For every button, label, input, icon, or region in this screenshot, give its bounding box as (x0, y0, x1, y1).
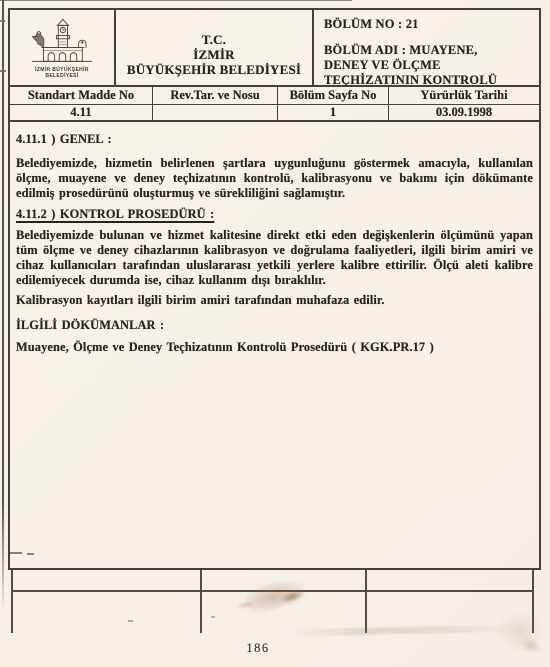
header-top-row: İZMİR BÜYÜKŞEHİR BELEDİYESİ T.C. İZMİR B… (10, 10, 539, 87)
scan-tick (0, 20, 5, 22)
scanned-document-page: İZMİR BÜYÜKŞEHİR BELEDİYESİ T.C. İZMİR B… (0, 0, 550, 667)
footer-table-vline (200, 570, 202, 633)
org-title-cell: T.C. İZMİR BÜYÜKŞEHİR BELEDİYESİ (116, 10, 314, 85)
section-name: BÖLÜM ADI : MUAYENE, DENEY VE ÖLÇME TEÇH… (324, 43, 533, 88)
meta-value-row: 4.11 1 03.09.1998 (10, 105, 539, 121)
document-body: 4.11.1 ) GENEL : Belediyemizde, hizmetin… (8, 122, 541, 570)
meta-col-rev-tar-ve-nosu: Rev.Tar. ve Nosu (153, 87, 278, 104)
page-number: 186 (236, 641, 280, 656)
org-title-tc: T.C. (202, 32, 226, 47)
section-name-line1: BÖLÜM ADI : MUAYENE, (324, 43, 533, 58)
meta-col-bolum-sayfa-no: Bölüm Sayfa No (278, 87, 389, 104)
logo-caption-line2: BELEDİYESİ (35, 73, 89, 79)
meta-header-row: Standart Madde No Rev.Tar. ve Nosu Bölüm… (10, 87, 539, 105)
org-title-city: İZMİR (193, 47, 234, 62)
scan-edge-top (0, 0, 352, 1)
ink-stain (496, 610, 544, 652)
heading-genel: 4.11.1 ) GENEL : (16, 132, 533, 147)
ink-stain (516, 634, 545, 656)
meta-col-standart-madde-no: Standart Madde No (10, 87, 153, 104)
section-name-line2: DENEY VE ÖLÇME (324, 58, 533, 73)
paragraph-genel: Belediyemizde, hizmetin belirlenen şartl… (16, 156, 533, 201)
footer-table-hline (11, 590, 533, 592)
logo-caption: İZMİR BÜYÜKŞEHİR BELEDİYESİ (35, 67, 89, 79)
footer-table-vline (365, 570, 367, 633)
scan-streak (290, 625, 522, 637)
paragraph-ilgili-dokuman: Muayene, Ölçme ve Deney Teçhizatının Kon… (16, 340, 533, 355)
scan-tick (0, 70, 6, 72)
heading-kontrol-proseduru: 4.11.2 ) KONTROL PROSEDÜRÜ : (16, 207, 533, 222)
paragraph-kontrol-proseduru: Belediyemizde bulunan ve hizmet kalitesi… (16, 228, 533, 288)
logo-cell: İZMİR BÜYÜKŞEHİR BELEDİYESİ (10, 10, 116, 85)
section-no: BÖLÜM NO : 21 (324, 17, 533, 32)
scan-edge-left (2, 0, 4, 612)
meta-value-yururluk-tarihi: 03.09.1998 (389, 105, 539, 121)
section-name-line3: TEÇHİZATININ KONTROLÜ (324, 73, 533, 88)
org-title-municipality: BÜYÜKŞEHİR BELEDİYESİ (127, 62, 301, 77)
ink-speck (211, 616, 215, 618)
meta-col-yururluk-tarihi: Yürürlük Tarihi (389, 87, 539, 104)
paragraph-kalibrasyon-kayitlari: Kalibrasyon kayıtları ilgili birim amiri… (16, 293, 533, 308)
footer-table-vline (11, 570, 13, 633)
section-info-cell: BÖLÜM NO : 21 BÖLÜM ADI : MUAYENE, DENEY… (314, 10, 539, 85)
ink-stain (244, 575, 309, 616)
ink-stain (235, 599, 255, 610)
document-header-table: İZMİR BÜYÜKŞEHİR BELEDİYESİ T.C. İZMİR B… (8, 8, 541, 122)
ink-speck (128, 620, 133, 622)
clock-tower-icon (24, 18, 100, 66)
meta-value-rev-tar-ve-nosu (153, 105, 278, 121)
meta-value-standart-madde-no: 4.11 (10, 105, 153, 121)
heading-ilgili-dokumanlar: İLGİLİ DÖKÜMANLAR : (16, 318, 533, 333)
footer-table-vline (532, 570, 534, 633)
meta-value-bolum-sayfa-no: 1 (278, 105, 389, 121)
